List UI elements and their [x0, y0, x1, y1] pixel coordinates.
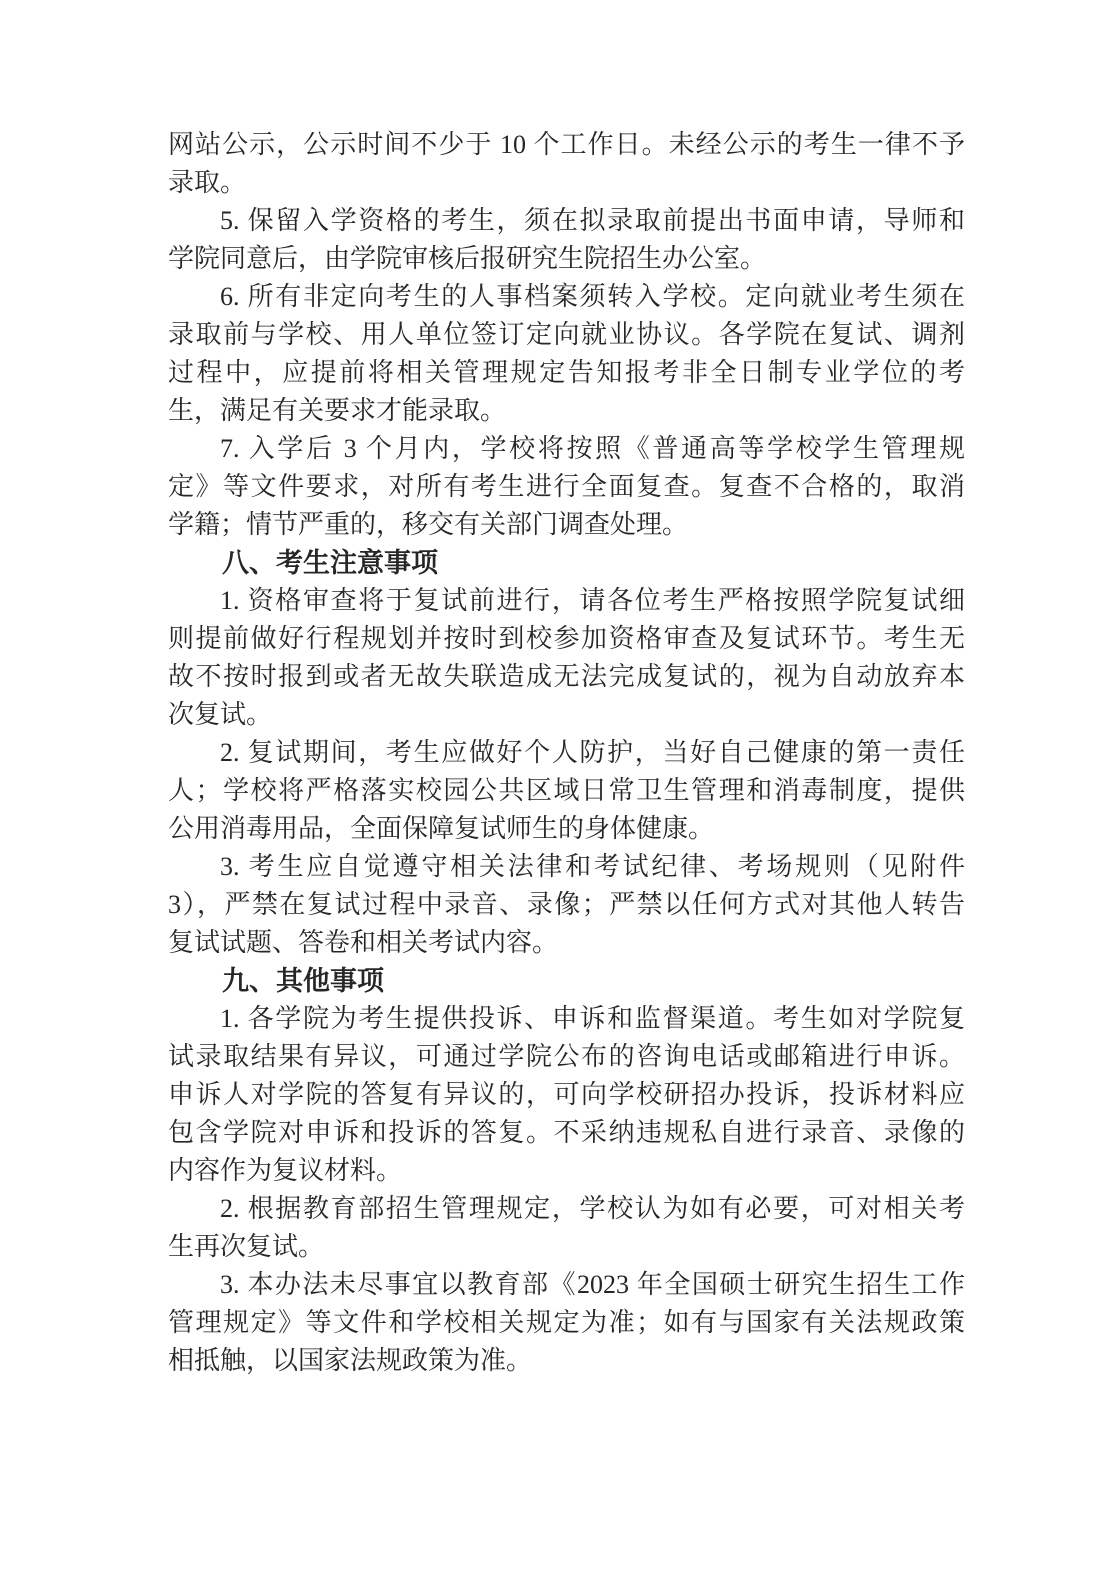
- text-line: 公用消毒用品，全面保障复试师生的身体健康。: [168, 810, 965, 848]
- text-line: 管理规定》等文件和学校相关规定为准；如有与国家有关法规政策: [168, 1304, 965, 1342]
- text-line: 复试试题、答卷和相关考试内容。: [168, 924, 965, 962]
- paragraph: 5. 保留入学资格的考生，须在拟录取前提出书面申请，导师和学院同意后，由学院审核…: [168, 202, 965, 278]
- paragraph: 2. 复试期间，考生应做好个人防护，当好自己健康的第一责任人；学校将严格落实校园…: [168, 734, 965, 848]
- paragraph: 2. 根据教育部招生管理规定，学校认为如有必要，可对相关考生再次复试。: [168, 1190, 965, 1266]
- text-line: 内容作为复议材料。: [168, 1152, 965, 1190]
- document-page: 网站公示，公示时间不少于 10 个工作日。未经公示的考生一律不予录取。5. 保留…: [0, 0, 1119, 1580]
- text-line: 3），严禁在复试过程中录音、录像；严禁以任何方式对其他人转告: [168, 886, 965, 924]
- text-line: 生再次复试。: [168, 1228, 965, 1266]
- text-line: 2. 根据教育部招生管理规定，学校认为如有必要，可对相关考: [168, 1190, 965, 1228]
- paragraph: 3. 本办法未尽事宜以教育部《2023 年全国硕士研究生招生工作管理规定》等文件…: [168, 1266, 965, 1380]
- paragraph: 1. 资格审查将于复试前进行，请各位考生严格按照学院复试细则提前做好行程规划并按…: [168, 582, 965, 734]
- text-line: 5. 保留入学资格的考生，须在拟录取前提出书面申请，导师和: [168, 202, 965, 240]
- text-line: 录取。: [168, 164, 965, 202]
- text-line: 生，满足有关要求才能录取。: [168, 392, 965, 430]
- paragraph: 3. 考生应自觉遵守相关法律和考试纪律、考场规则（见附件3），严禁在复试过程中录…: [168, 848, 965, 962]
- paragraph: 1. 各学院为考生提供投诉、申诉和监督渠道。考生如对学院复试录取结果有异议，可通…: [168, 1000, 965, 1190]
- text-line: 相抵触，以国家法规政策为准。: [168, 1342, 965, 1380]
- paragraph: 7. 入学后 3 个月内，学校将按照《普通高等学校学生管理规定》等文件要求，对所…: [168, 430, 965, 544]
- text-line: 次复试。: [168, 696, 965, 734]
- text-line: 学籍；情节严重的，移交有关部门调查处理。: [168, 506, 965, 544]
- section-heading: 八、考生注意事项: [168, 544, 965, 582]
- text-line: 3. 考生应自觉遵守相关法律和考试纪律、考场规则（见附件: [168, 848, 965, 886]
- text-line: 6. 所有非定向考生的人事档案须转入学校。定向就业考生须在: [168, 278, 965, 316]
- text-line: 申诉人对学院的答复有异议的，可向学校研招办投诉，投诉材料应: [168, 1076, 965, 1114]
- text-line: 1. 各学院为考生提供投诉、申诉和监督渠道。考生如对学院复: [168, 1000, 965, 1038]
- text-line: 试录取结果有异议，可通过学院公布的咨询电话或邮箱进行申诉。: [168, 1038, 965, 1076]
- document-content: 网站公示，公示时间不少于 10 个工作日。未经公示的考生一律不予录取。5. 保留…: [168, 126, 965, 1380]
- section-heading: 九、其他事项: [168, 962, 965, 1000]
- text-line: 学院同意后，由学院审核后报研究生院招生办公室。: [168, 240, 965, 278]
- text-line: 7. 入学后 3 个月内，学校将按照《普通高等学校学生管理规: [168, 430, 965, 468]
- paragraph: 6. 所有非定向考生的人事档案须转入学校。定向就业考生须在录取前与学校、用人单位…: [168, 278, 965, 430]
- text-line: 2. 复试期间，考生应做好个人防护，当好自己健康的第一责任: [168, 734, 965, 772]
- text-line: 3. 本办法未尽事宜以教育部《2023 年全国硕士研究生招生工作: [168, 1266, 965, 1304]
- paragraph: 网站公示，公示时间不少于 10 个工作日。未经公示的考生一律不予录取。: [168, 126, 965, 202]
- text-line: 故不按时报到或者无故失联造成无法完成复试的，视为自动放弃本: [168, 658, 965, 696]
- text-line: 过程中，应提前将相关管理规定告知报考非全日制专业学位的考: [168, 354, 965, 392]
- text-line: 九、其他事项: [168, 962, 965, 1000]
- text-line: 1. 资格审查将于复试前进行，请各位考生严格按照学院复试细: [168, 582, 965, 620]
- text-line: 人；学校将严格落实校园公共区域日常卫生管理和消毒制度，提供: [168, 772, 965, 810]
- text-line: 包含学院对申诉和投诉的答复。不采纳违规私自进行录音、录像的: [168, 1114, 965, 1152]
- text-line: 录取前与学校、用人单位签订定向就业协议。各学院在复试、调剂: [168, 316, 965, 354]
- text-line: 定》等文件要求，对所有考生进行全面复查。复查不合格的，取消: [168, 468, 965, 506]
- text-line: 则提前做好行程规划并按时到校参加资格审查及复试环节。考生无: [168, 620, 965, 658]
- text-line: 八、考生注意事项: [168, 544, 965, 582]
- text-line: 网站公示，公示时间不少于 10 个工作日。未经公示的考生一律不予: [168, 126, 965, 164]
